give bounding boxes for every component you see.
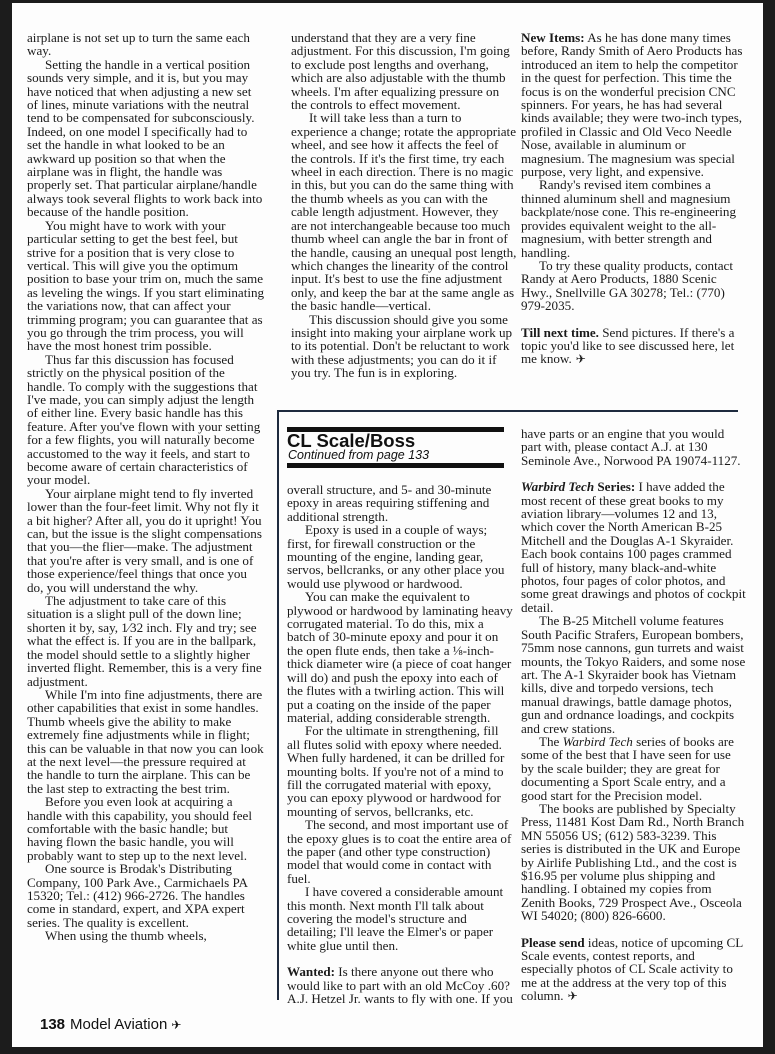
page-number: 138 (40, 1016, 65, 1033)
column-2: understand that they are a very fine adj… (291, 31, 517, 380)
airplane-icon: ✈ (171, 1018, 181, 1032)
paragraph: It will take less than a turn to experie… (291, 111, 517, 312)
paragraph: understand that they are a very fine adj… (291, 31, 517, 111)
paragraph: I have covered a considerable amount thi… (287, 885, 513, 952)
paragraph: Epoxy is used in a couple of ways; first… (287, 523, 513, 590)
cl-scale-column-a: overall structure, and 5- and 30-minute … (287, 483, 513, 1005)
column-3: New Items: As he has done many times bef… (521, 31, 747, 367)
please-send-paragraph: Please send ideas, notice of upcoming CL… (521, 936, 747, 1004)
wanted-paragraph: Wanted: Is there anyone out there who wo… (287, 965, 513, 1005)
paragraph: The B-25 Mitchell volume features South … (521, 614, 747, 735)
paragraph: The Warbird Tech series of books are som… (521, 735, 747, 802)
column-1: airplane is not set up to turn the same … (27, 31, 265, 943)
paragraph: One source is Brodak's Distributing Comp… (27, 862, 265, 929)
warbird-paragraph: Warbird Tech Series: I have added the mo… (521, 480, 747, 614)
section-box-border-top (278, 410, 738, 412)
paragraph: Your airplane might tend to fly inverted… (27, 487, 265, 594)
header-rule-bottom (287, 463, 504, 468)
page-footer: 138Model Aviation✈ (40, 1016, 181, 1033)
section-subtitle: Continued from page 133 (288, 449, 429, 462)
magazine-name: Model Aviation (70, 1016, 167, 1033)
paragraph: Randy's revised item combines a thinned … (521, 178, 747, 258)
paragraph: Setting the handle in a vertical positio… (27, 58, 265, 219)
paragraph: For the ultimate in strengthening, fill … (287, 724, 513, 818)
paragraph: This discussion should give you some ins… (291, 313, 517, 380)
new-items-paragraph: New Items: As he has done many times bef… (521, 31, 747, 178)
paragraph: have parts or an engine that you would p… (521, 427, 747, 467)
paragraph: You might have to work with your particu… (27, 219, 265, 353)
paragraph: While I'm into fine adjustments, there a… (27, 688, 265, 795)
section-box-border-left (277, 410, 279, 1000)
paragraph: The adjustment to take care of this situ… (27, 594, 265, 688)
paragraph: The books are published by Specialty Pre… (521, 802, 747, 923)
paragraph: Before you even look at acquiring a hand… (27, 795, 265, 862)
paragraph: airplane is not set up to turn the same … (27, 31, 265, 58)
airplane-icon: ✈ (576, 353, 586, 366)
paragraph: You can make the equivalent to plywood o… (287, 590, 513, 724)
paragraph: Thus far this discussion has focused str… (27, 353, 265, 487)
paragraph: The second, and most important use of th… (287, 818, 513, 885)
airplane-icon: ✈ (568, 990, 578, 1003)
cl-scale-column-b: have parts or an engine that you would p… (521, 427, 747, 1004)
paragraph: To try these quality products, contact R… (521, 259, 747, 313)
paragraph: overall structure, and 5- and 30-minute … (287, 483, 513, 523)
paragraph: When using the thumb wheels, (27, 929, 265, 942)
closing-paragraph: Till next time. Send pictures. If there'… (521, 326, 747, 367)
